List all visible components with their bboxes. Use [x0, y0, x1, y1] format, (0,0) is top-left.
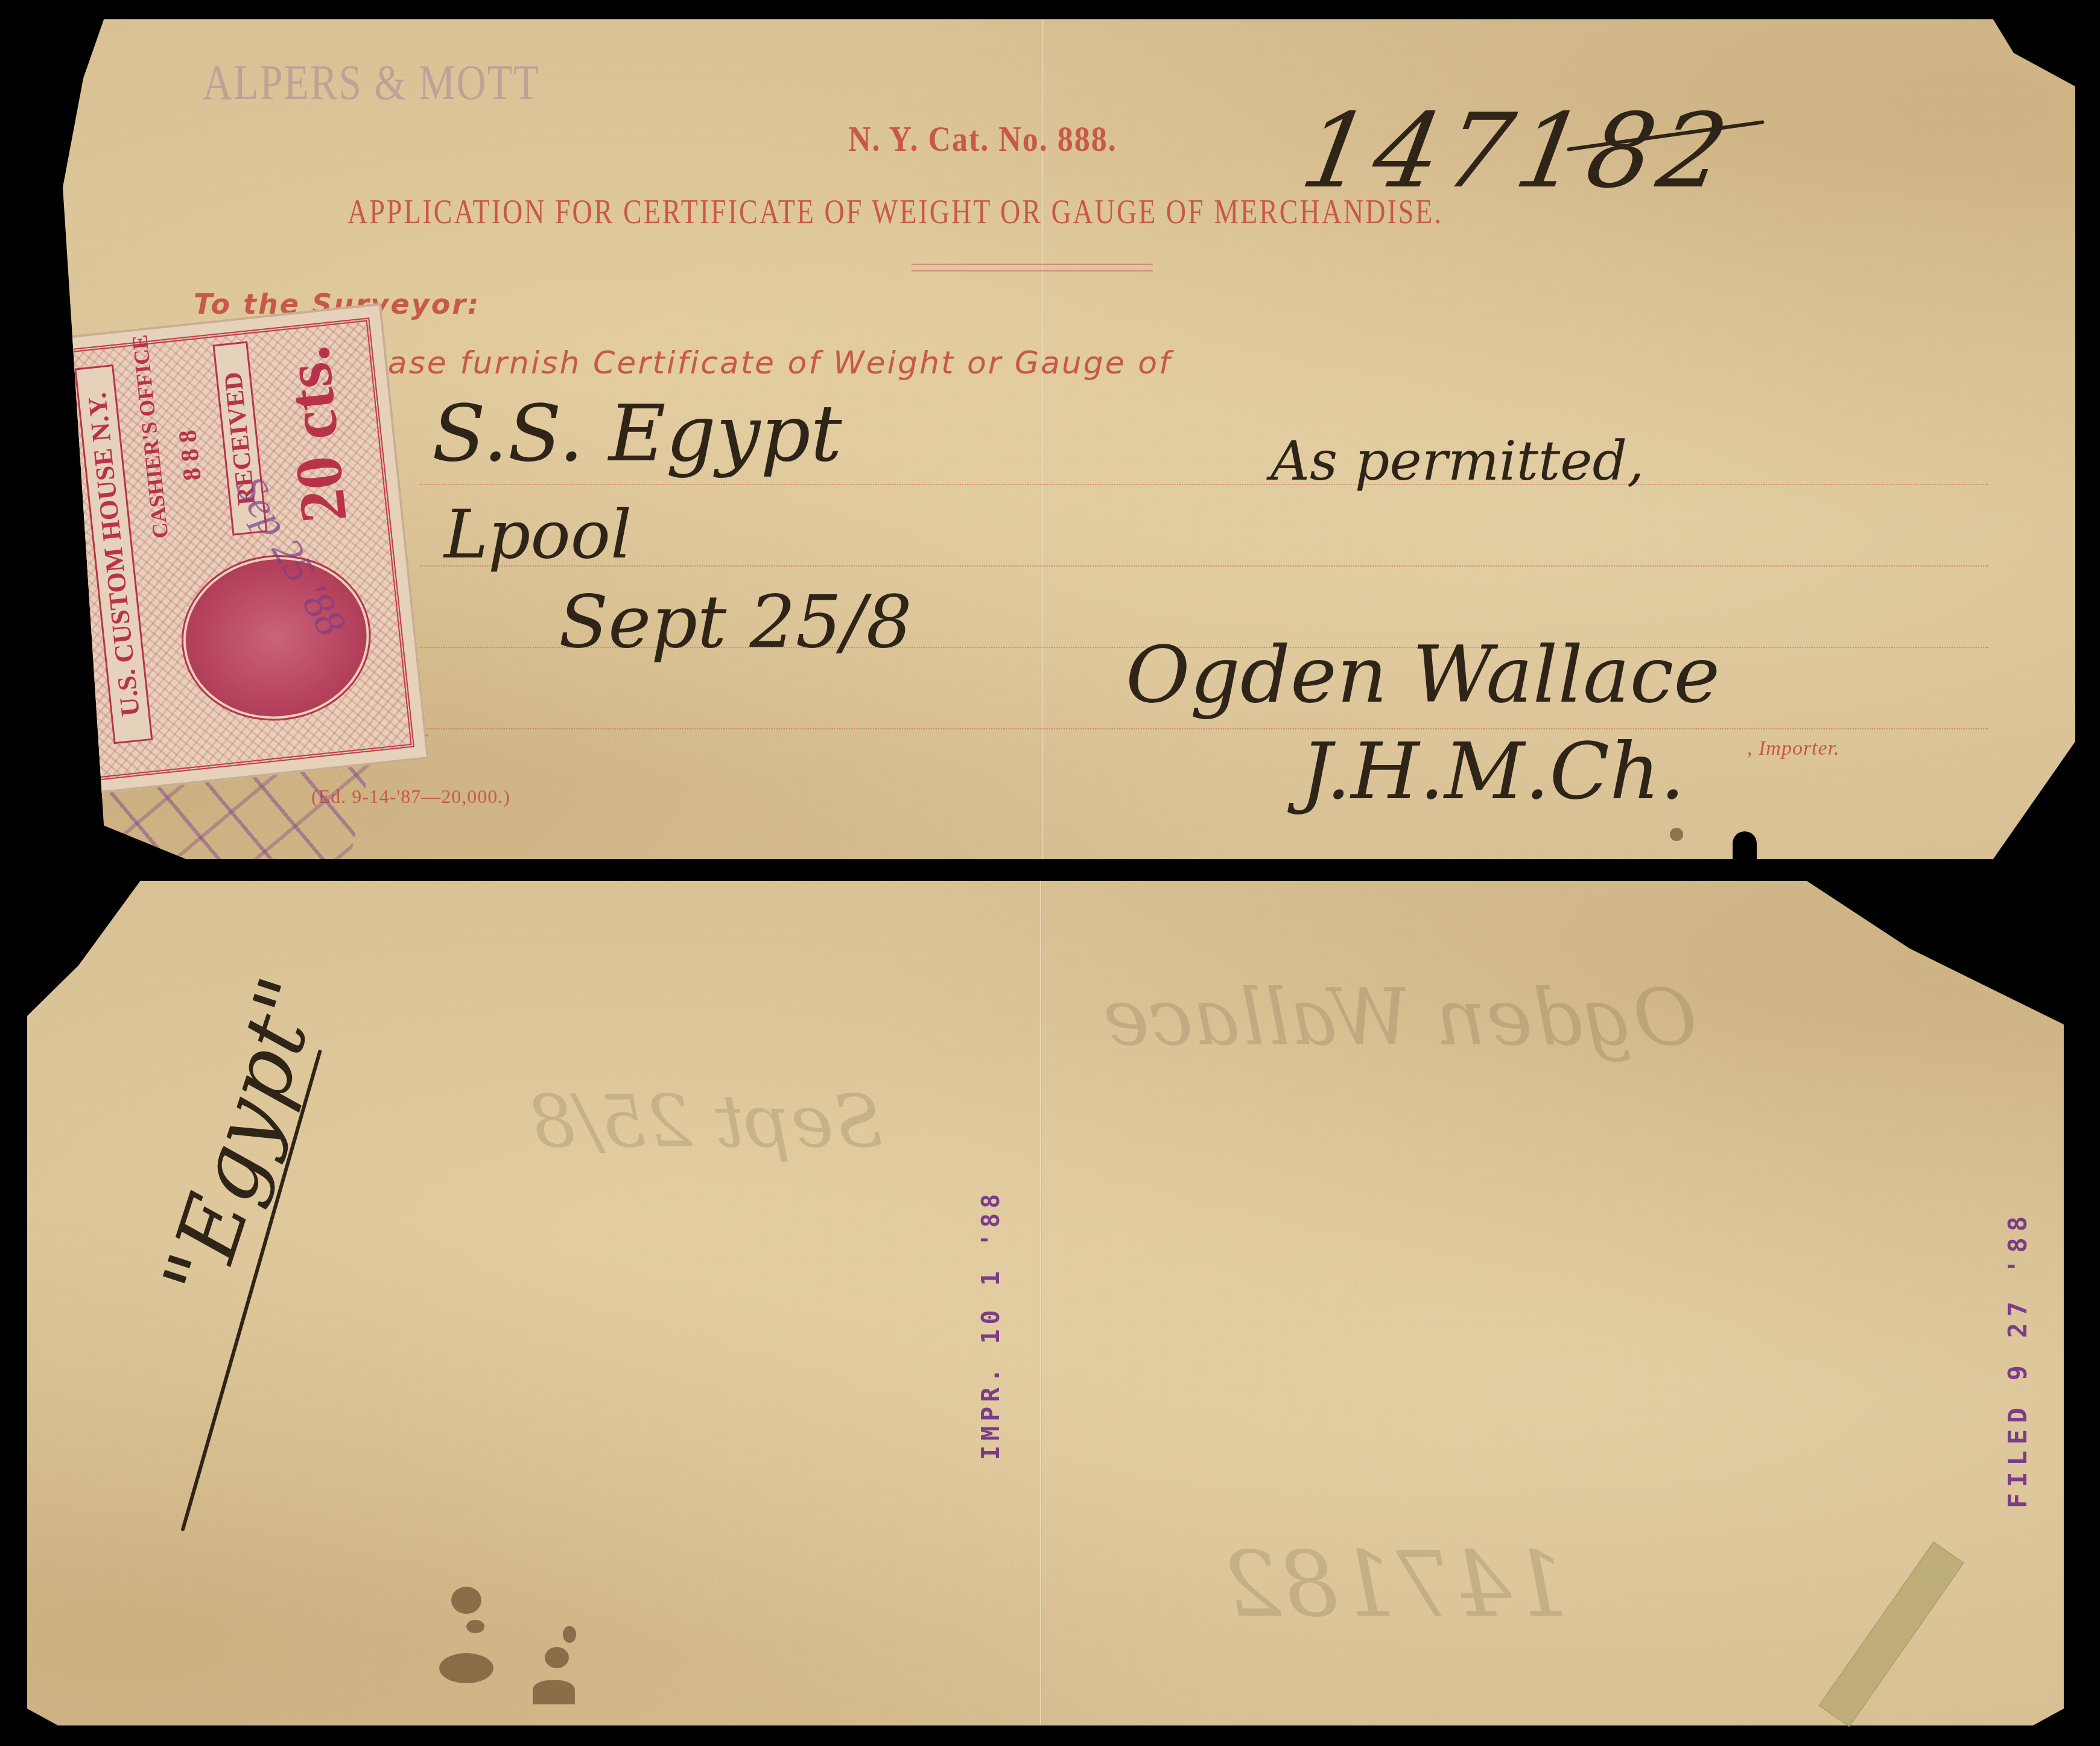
filed-date-stamp: FILED 9 27 '88	[2003, 1210, 2032, 1508]
importer-signature: Ogden Wallace	[1126, 629, 1720, 720]
divider-rule	[912, 270, 1153, 271]
fold-crease	[1040, 881, 1042, 1725]
ink-spot	[1670, 828, 1683, 841]
ink-stain	[563, 1626, 576, 1643]
ink-stain	[451, 1587, 481, 1614]
bleed-through-text: Ogden Wallace	[1103, 971, 1697, 1063]
ink-stain	[466, 1620, 484, 1633]
impr-date-stamp: IMPR. 10 1 '88	[977, 1189, 1005, 1460]
importer-label: , Importer.	[1747, 737, 1840, 760]
ink-stain	[533, 1680, 575, 1704]
entry-date: Sept 25/8	[559, 580, 912, 664]
request-line: Please furnish Certificate of Weight or …	[335, 345, 1172, 381]
form-line	[420, 728, 1988, 729]
signature-initials: J.H.M.Ch.	[1301, 725, 1685, 817]
revenue-stamp: U.S. CUSTOM HOUSE N.Y. CASHIER'S OFFICE …	[36, 303, 429, 795]
bleed-through-text: Sept 25/8	[530, 1080, 883, 1164]
form-line	[420, 565, 1988, 567]
port-name: Lpool	[444, 496, 632, 573]
ink-stain	[545, 1647, 569, 1668]
firm-stamp: ALPERS & MOTT	[203, 54, 540, 111]
as-permitted-note: As permitted,	[1270, 430, 1645, 493]
form-title: APPLICATION FOR CERTIFICATE OF WEIGHT OR…	[347, 191, 1443, 231]
bleed-through-text: 147182	[1223, 1532, 1569, 1637]
ink-stain	[439, 1653, 493, 1683]
divider-rule	[912, 264, 1153, 265]
form-line	[420, 484, 1988, 485]
vessel-name: S.S. Egypt	[432, 387, 842, 479]
document-front: ALPERS & MOTT N. Y. Cat. No. 888. 147182…	[22, 19, 2075, 859]
catalog-number: N. Y. Cat. No. 888.	[848, 119, 1117, 160]
